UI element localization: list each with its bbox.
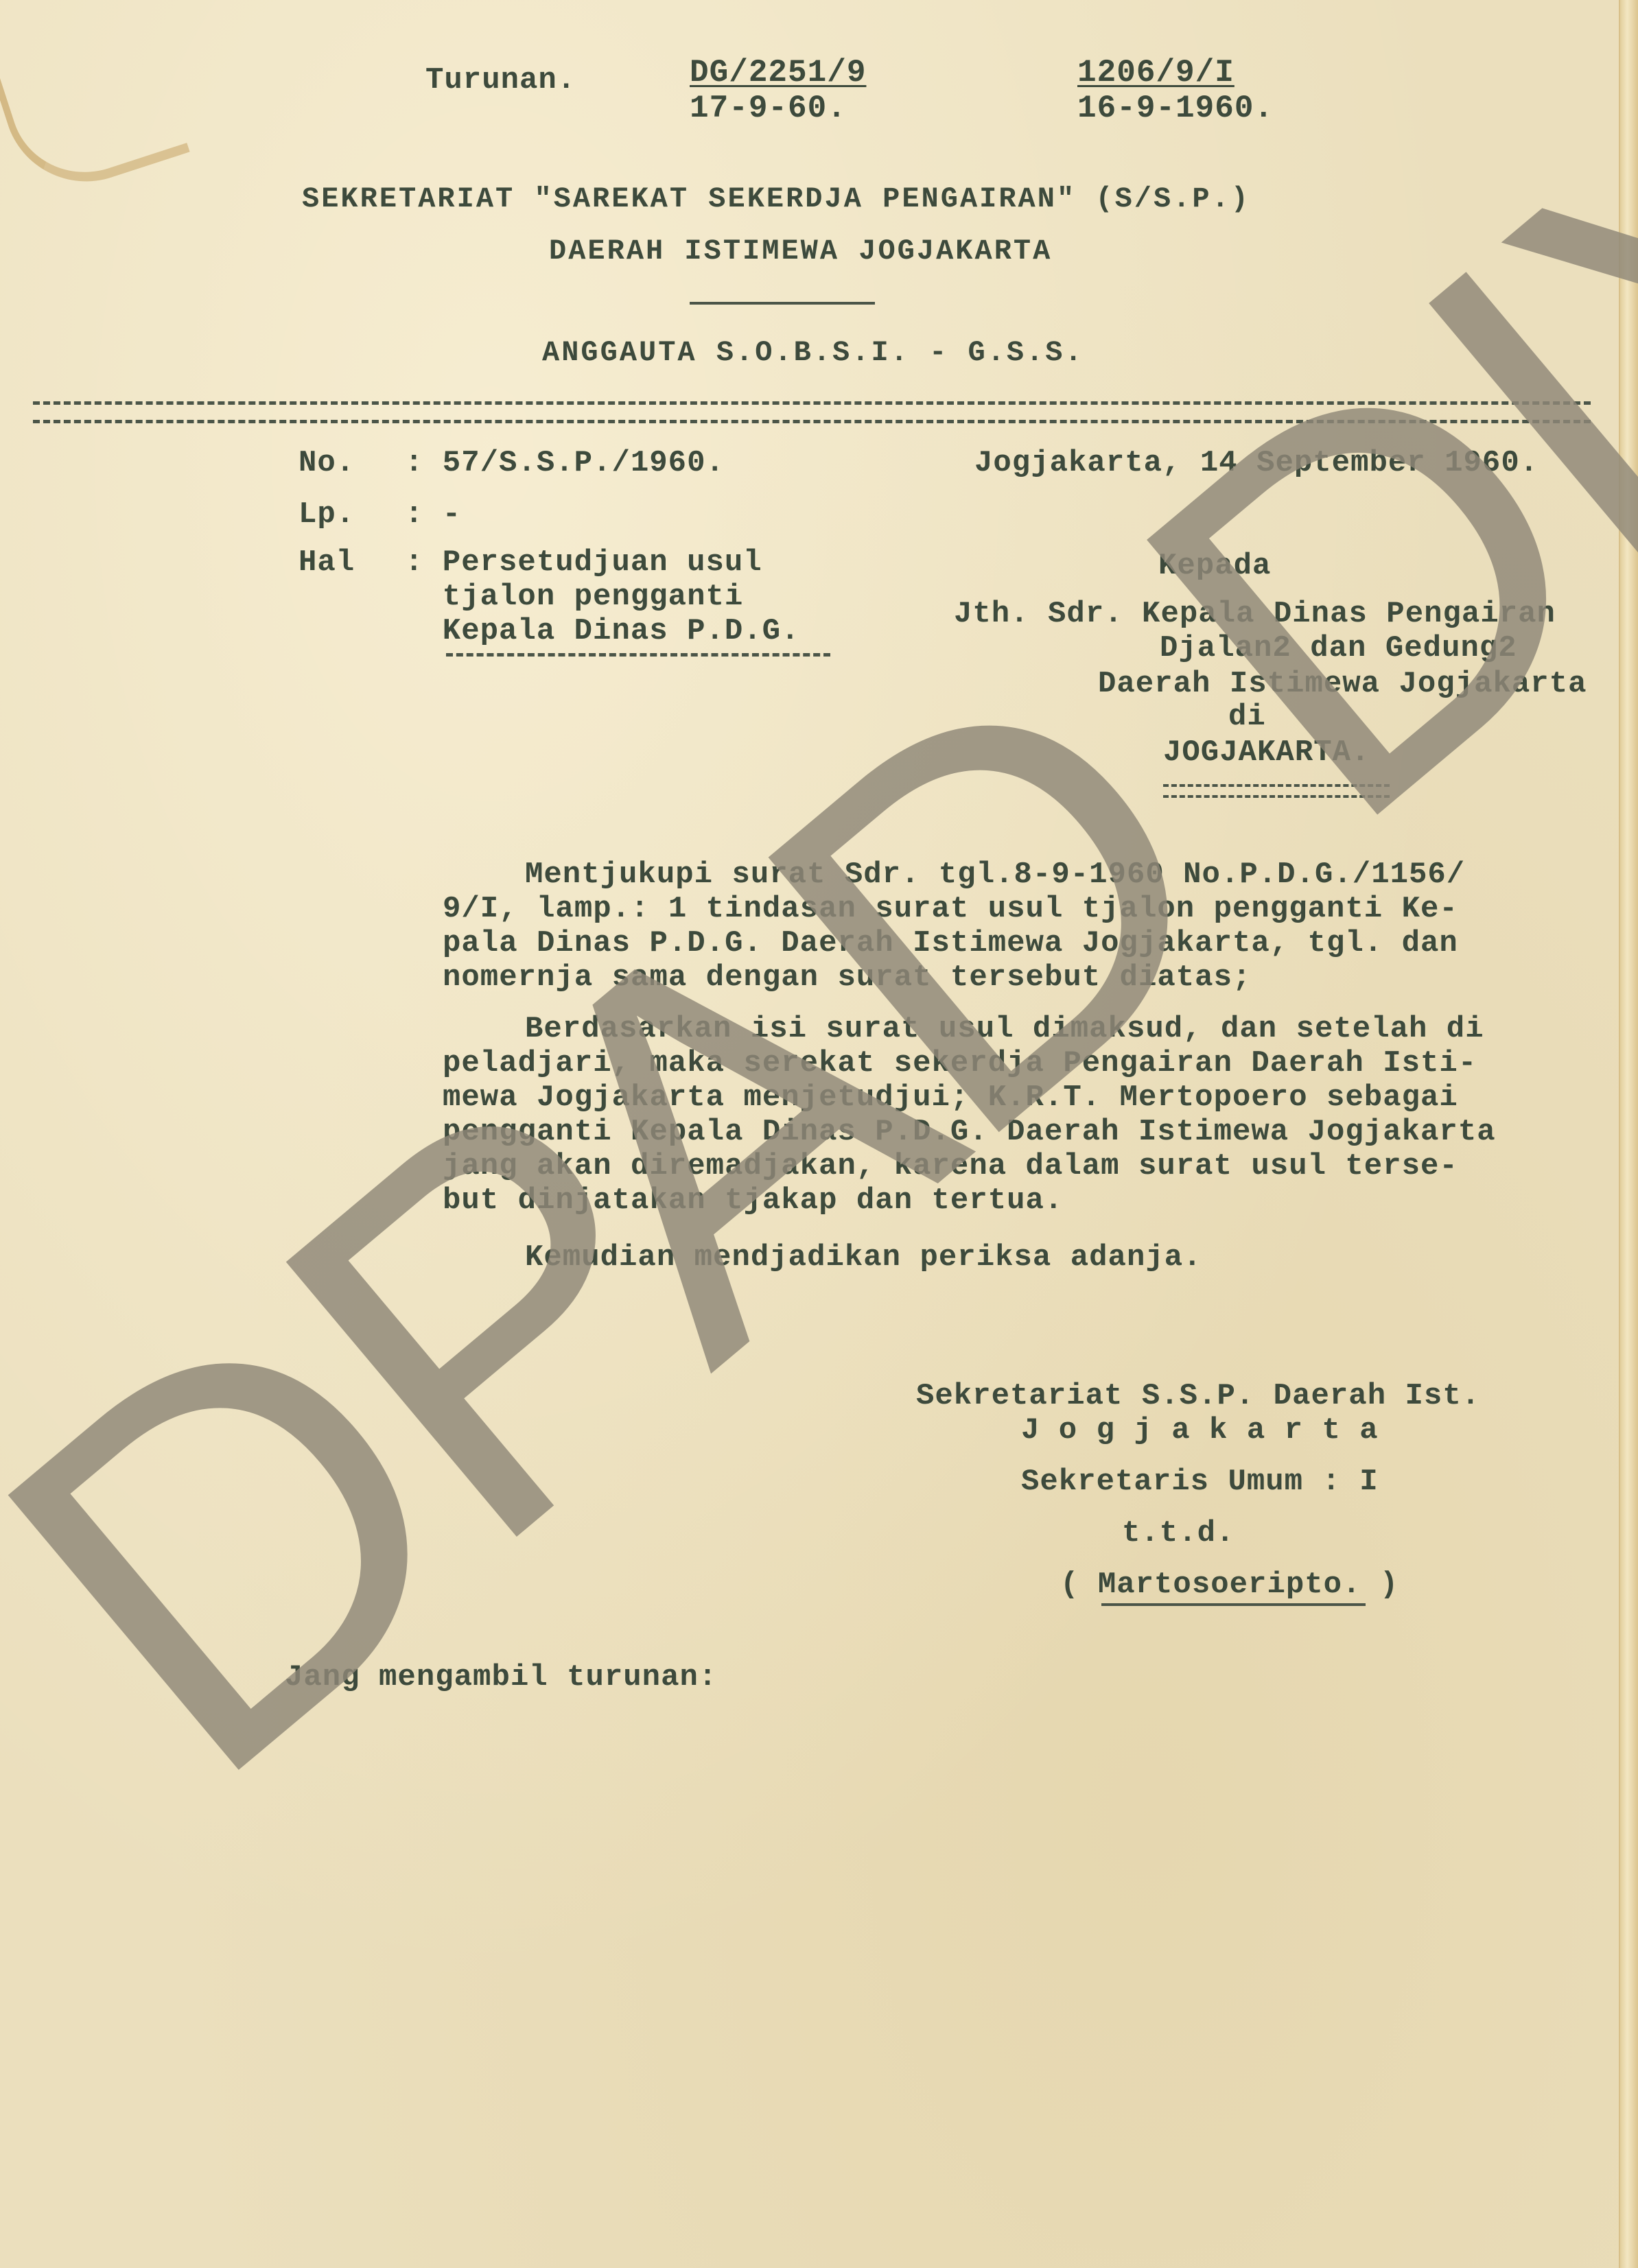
recipient-line-4: di: [1228, 700, 1266, 734]
document-page: Turunan. DG/2251/9 17-9-60. 1206/9/I 16-…: [0, 0, 1638, 2268]
para1-line-4: nomernja sama dengan surat tersebut diat…: [443, 960, 1251, 995]
hal-line-1: : Persetudjuan usul: [405, 545, 762, 580]
recipient-kepada: Kepada: [1158, 549, 1271, 583]
ref1-number: DG/2251/9: [690, 55, 866, 91]
lp-label: Lp.: [299, 497, 355, 532]
signature-name: Martosoeripto.: [1098, 1568, 1361, 1602]
copy-recipients-label: Jang mengambil turunan:: [285, 1660, 717, 1694]
hal-line-3: Kepala Dinas P.D.G.: [405, 614, 800, 648]
para1-line-1: Mentjukupi surat Sdr. tgl.8-9-1960 No.P.…: [525, 858, 1465, 892]
para2-line-2: peladjari, maka serekat sekerdja Pengair…: [443, 1046, 1477, 1080]
letterhead-divider: [690, 302, 875, 305]
signature-ttd: t.t.d.: [1122, 1516, 1235, 1550]
para3-closing: Kemudian mendjadikan periksa adanja.: [525, 1240, 1202, 1275]
signature-name-line: ( Martosoeripto. ): [1060, 1568, 1399, 1602]
no-label: No.: [299, 446, 355, 480]
signature-city: J o g j a k a r t a: [1021, 1413, 1379, 1448]
place-date: Jogjakarta, 14 September 1960.: [974, 446, 1538, 480]
para2-line-6: but dinjatakan tjakap dan tertua.: [443, 1183, 1063, 1218]
para2-line-5: jang akan diremadjakan, karena dalam sur…: [443, 1149, 1458, 1183]
hal-label: Hal: [299, 545, 355, 580]
paper-edge: [1619, 0, 1638, 2268]
recipient-line-3: Daerah Istimewa Jogjakarta: [1098, 667, 1587, 701]
ref2-number: 1206/9/I: [1077, 55, 1235, 91]
copy-label: Turunan.: [425, 63, 576, 97]
recipient-underline: [1163, 784, 1390, 798]
signature-paren-close: ): [1361, 1568, 1399, 1602]
signature-name-underline: [1101, 1603, 1366, 1606]
double-rule: [33, 401, 1591, 423]
hal-line-2: tjalon pengganti: [405, 580, 743, 614]
para2-line-4: pengganti Kepala Dinas P.D.G. Daerah Ist…: [443, 1115, 1496, 1149]
recipient-line-2: Djalan2 dan Gedung2: [1160, 631, 1517, 665]
ref1-date: 17-9-60.: [690, 91, 847, 126]
signature-paren-open: (: [1060, 1568, 1098, 1602]
letterhead-region: DAERAH ISTIMEWA JOGJAKARTA: [549, 235, 1052, 268]
para1-line-2: 9/I, lamp.: 1 tindasan surat usul tjalon…: [443, 892, 1458, 926]
water-stain: [0, 5, 190, 202]
recipient-line-1: Jth. Sdr. Kepala Dinas Pengairan: [954, 597, 1556, 631]
para2-line-3: mewa Jogjakarta menjetudjui; K.R.T. Mert…: [443, 1080, 1458, 1115]
signature-org: Sekretariat S.S.P. Daerah Ist.: [916, 1379, 1480, 1413]
subject-underline: [446, 653, 830, 657]
letterhead-affiliation: ANGGAUTA S.O.B.S.I. - G.S.S.: [542, 336, 1084, 369]
recipient-line-5: JOGJAKARTA.: [1163, 735, 1370, 770]
letterhead-org: SEKRETARIAT "SAREKAT SEKERDJA PENGAIRAN"…: [302, 182, 1250, 215]
signature-title: Sekretaris Umum : I: [1021, 1465, 1379, 1499]
lp-value: : -: [405, 497, 461, 532]
no-value: : 57/S.S.P./1960.: [405, 446, 725, 480]
para2-line-1: Berdasarkan isi surat usul dimaksud, dan…: [525, 1012, 1484, 1046]
para1-line-3: pala Dinas P.D.G. Daerah Istimewa Jogjak…: [443, 926, 1458, 960]
ref2-date: 16-9-1960.: [1077, 91, 1274, 126]
